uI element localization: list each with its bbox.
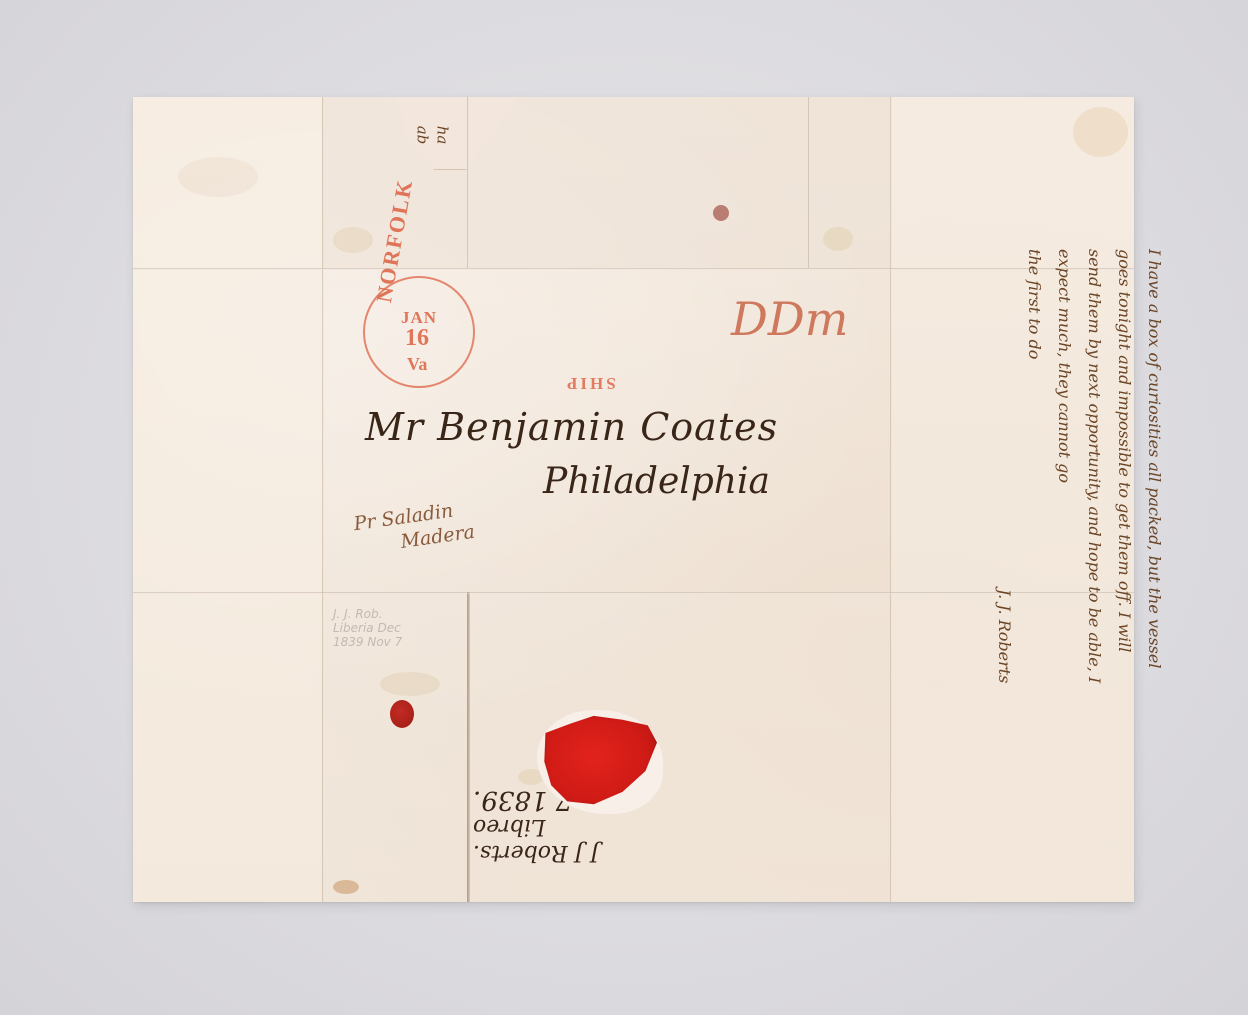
fold-line: [322, 97, 324, 902]
fragment-line: ha: [432, 126, 452, 145]
torn-fragment-text: ha ab: [412, 126, 452, 145]
stain: [333, 227, 373, 253]
letter-line: send them by next opportunity, and hope …: [1079, 249, 1109, 509]
letter-line: goes tonight and impossible to get them …: [1109, 249, 1139, 509]
fold-line: [467, 97, 469, 268]
stain: [333, 880, 359, 894]
carrier-note: Pr Saladin Madera: [352, 496, 476, 560]
letter-line: expect much, they cannot go: [1049, 249, 1079, 509]
docket-place: Libreo: [473, 813, 634, 839]
fold-line: [890, 97, 892, 902]
letter-sheet: ha ab NORFOLK JAN 16 Va SHIP DDm Mr Benj…: [133, 97, 1134, 902]
small-wax-seal: [390, 700, 414, 728]
letter-line: the first to do: [1019, 249, 1049, 509]
stain: [380, 672, 440, 696]
rate-marking: DDm: [731, 292, 848, 346]
fold-line: [133, 592, 1134, 594]
stain: [178, 157, 258, 197]
postmark-day: 16: [405, 325, 429, 352]
pencil-notes: J. J. Rob. Liberia Dec 1839 Nov 7: [333, 607, 402, 649]
fold-line: [808, 97, 810, 268]
stain: [1073, 107, 1128, 157]
circular-postmark: NORFOLK JAN 16 Va: [363, 276, 475, 388]
fold-line: [133, 268, 1134, 270]
stain: [823, 227, 853, 251]
postmark-state: Va: [407, 354, 427, 375]
fragment-line: ab: [412, 126, 432, 145]
docket-sender: J J Roberts.: [473, 839, 634, 865]
fold-line: [467, 592, 470, 902]
pencil-line: 1839 Nov 7: [333, 635, 402, 649]
letter-signature: J. J. Roberts: [989, 249, 1019, 589]
addressee-name: Mr Benjamin Coates: [365, 405, 778, 449]
ink-spot: [713, 205, 729, 221]
letter-line: I have a box of curiosities all packed, …: [1139, 249, 1169, 509]
addressee-city: Philadelphia: [543, 461, 770, 502]
pencil-line: J. J. Rob.: [333, 607, 402, 621]
pencil-line: Liberia Dec: [333, 621, 402, 635]
left-flap: [133, 97, 322, 902]
ship-marking: SHIP: [564, 373, 616, 393]
letter-body: I have a box of curiosities all packed, …: [989, 249, 1169, 509]
